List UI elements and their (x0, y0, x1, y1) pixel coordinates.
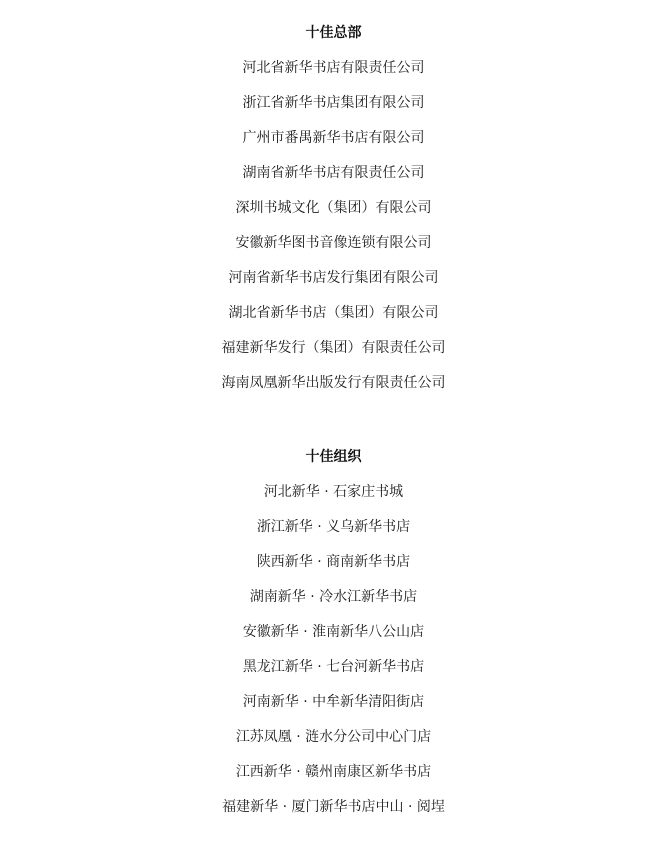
list-item: 河南新华 · 中牟新华清阳街店 (0, 685, 667, 720)
list-item: 江苏凤凰 · 涟水分公司中心门店 (0, 720, 667, 755)
list-item: 河北新华 · 石家庄书城 (0, 475, 667, 510)
list-item: 河北省新华书店有限责任公司 (0, 51, 667, 86)
organizations-list: 河北新华 · 石家庄书城 浙江新华 · 义乌新华书店 陕西新华 · 商南新华书店… (0, 475, 667, 825)
section-title: 十佳组织 (0, 440, 667, 475)
list-item: 陕西新华 · 商南新华书店 (0, 545, 667, 580)
headquarters-list: 河北省新华书店有限责任公司 浙江省新华书店集团有限公司 广州市番禺新华书店有限公… (0, 51, 667, 401)
list-item: 福建新华发行（集团）有限责任公司 (0, 331, 667, 366)
list-item: 深圳书城文化（集团）有限公司 (0, 191, 667, 226)
list-item: 安徽新华图书音像连锁有限公司 (0, 226, 667, 261)
award-list-page: 十佳总部 河北省新华书店有限责任公司 浙江省新华书店集团有限公司 广州市番禺新华… (0, 0, 667, 846)
list-item: 湖南新华 · 冷水江新华书店 (0, 580, 667, 615)
list-item: 浙江省新华书店集团有限公司 (0, 86, 667, 121)
list-item: 河南省新华书店发行集团有限公司 (0, 261, 667, 296)
list-item: 湖北省新华书店（集团）有限公司 (0, 296, 667, 331)
list-item: 海南凤凰新华出版发行有限责任公司 (0, 366, 667, 401)
list-item: 浙江新华 · 义乌新华书店 (0, 510, 667, 545)
list-item: 黑龙江新华 · 七台河新华书店 (0, 650, 667, 685)
section-title: 十佳总部 (0, 16, 667, 51)
top-ten-headquarters-section: 十佳总部 河北省新华书店有限责任公司 浙江省新华书店集团有限公司 广州市番禺新华… (0, 16, 667, 401)
list-item: 江西新华 · 赣州南康区新华书店 (0, 755, 667, 790)
list-item: 安徽新华 · 淮南新华八公山店 (0, 615, 667, 650)
list-item: 福建新华 · 厦门新华书店中山 · 阅埕 (0, 790, 667, 825)
list-item: 广州市番禺新华书店有限公司 (0, 121, 667, 156)
list-item: 湖南省新华书店有限责任公司 (0, 156, 667, 191)
top-ten-organizations-section: 十佳组织 河北新华 · 石家庄书城 浙江新华 · 义乌新华书店 陕西新华 · 商… (0, 440, 667, 825)
